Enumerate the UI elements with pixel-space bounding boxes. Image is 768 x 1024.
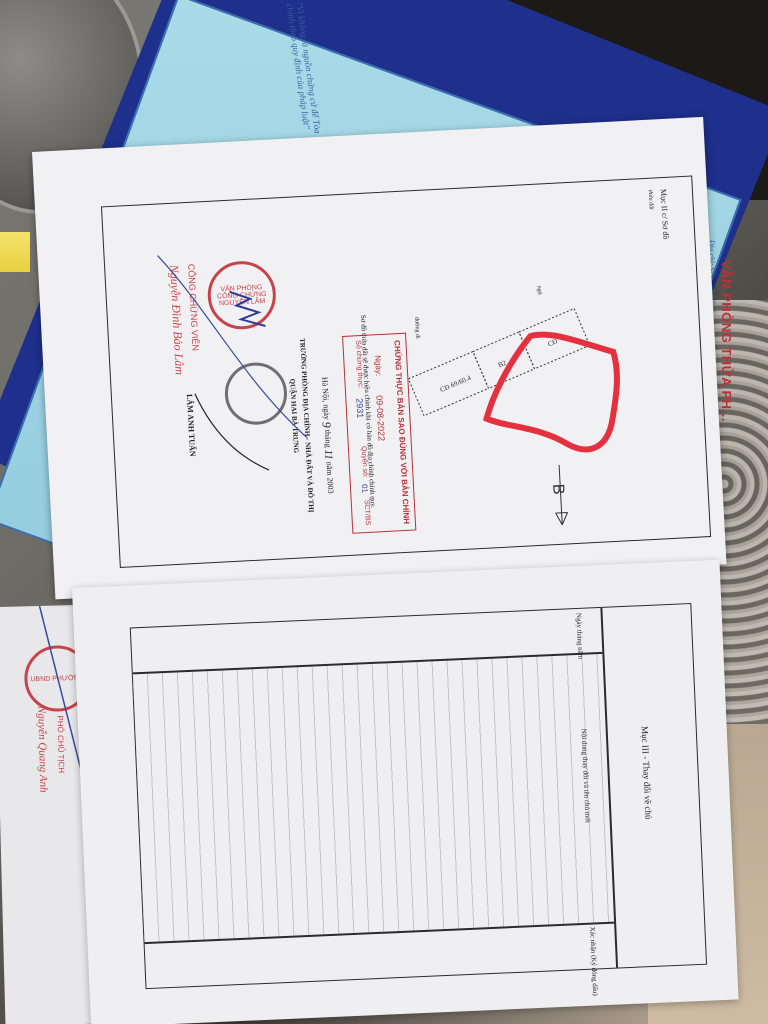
svg-text:B: B bbox=[549, 484, 567, 496]
table-frame: Ngày tháng năm Nội dung thay đổi và tên … bbox=[130, 603, 707, 989]
certificate-page-section-2: Mục II c/ Sơ đồ thửa đất ngõ đường đi CĐ… bbox=[32, 117, 727, 600]
overlay-marks: B bbox=[32, 117, 727, 600]
red-highlight-outline bbox=[482, 331, 620, 455]
folder-title: VĂN PHÒNG THỪA PH... bbox=[719, 260, 734, 422]
yellow-object bbox=[0, 232, 30, 272]
section-3-title: Mục III - Thay đổi về chủ bbox=[640, 726, 654, 820]
table-rows bbox=[133, 652, 614, 942]
column-header-date: Ngày tháng năm bbox=[575, 613, 585, 660]
column-header-confirmation: Xác nhận (Ký đóng dấu) bbox=[588, 926, 599, 995]
north-arrow-icon: B bbox=[548, 465, 568, 526]
certificate-page-section-3: Ngày tháng năm Nội dung thay đổi và tên … bbox=[72, 560, 739, 1024]
